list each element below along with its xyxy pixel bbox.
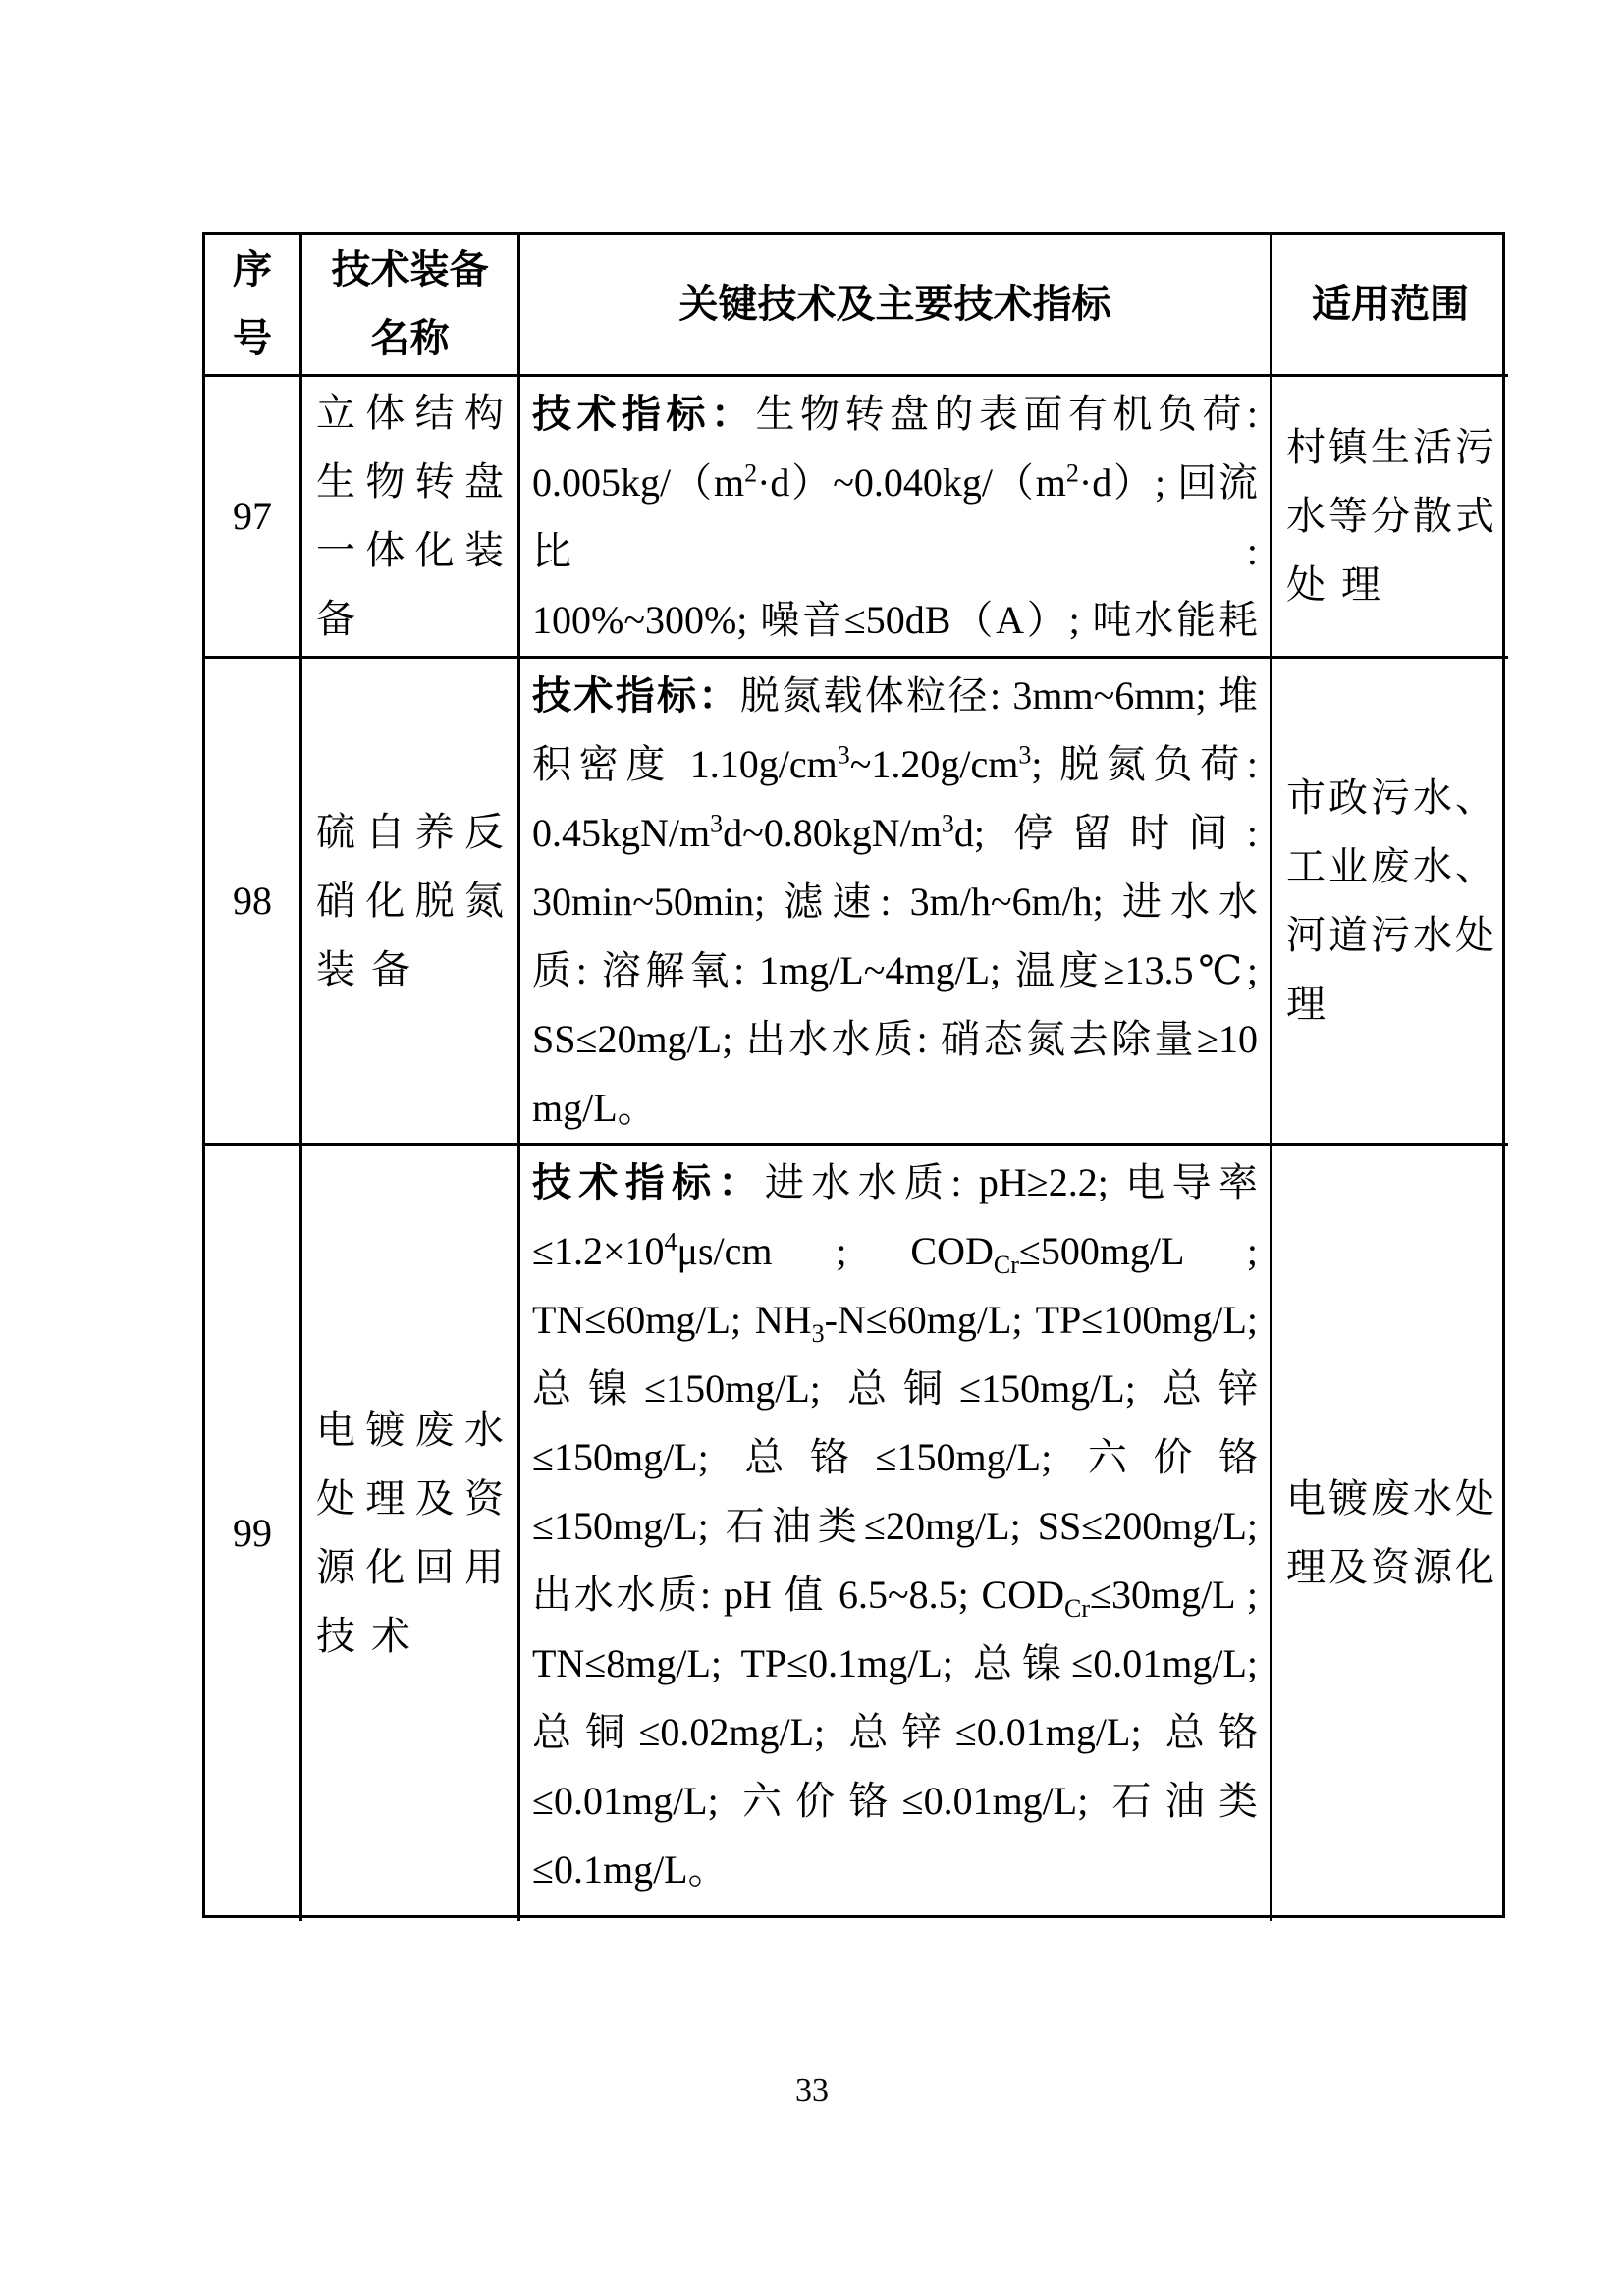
serial-number: 98 bbox=[205, 867, 299, 935]
equipment-name-line: 源化回用 bbox=[316, 1533, 504, 1602]
tech-spec-line: TN≤60mg/L; NH3-N≤60mg/L; TP≤100mg/L; bbox=[532, 1286, 1258, 1355]
scope-line: 水等分散式 bbox=[1286, 482, 1494, 551]
scope-line: 处理 bbox=[1286, 551, 1494, 619]
scope-line: 村镇生活污 bbox=[1286, 413, 1494, 482]
tech-spec-line: ≤0.1mg/L。 bbox=[532, 1836, 1258, 1904]
header-line: 序 bbox=[205, 236, 299, 304]
tech-spec-line: 出水水质: pH 值 6.5~8.5; CODCr≤30mg/L ; bbox=[532, 1561, 1258, 1629]
scope-line: 理 bbox=[1286, 970, 1494, 1039]
equipment-name-cell: 电镀废水处理及资源化回用技术 bbox=[302, 1146, 520, 1921]
tech-spec-line: 0.005kg/（m2·d）~0.040kg/（m2·d）; 回流比: bbox=[532, 449, 1258, 586]
equipment-name-line: 一体化装 bbox=[316, 516, 504, 585]
tech-spec-line: 100%~300%; 噪音≤50dB（A）; 吨水能耗 bbox=[532, 586, 1258, 655]
serial-number: 99 bbox=[205, 1499, 299, 1568]
header-col-equipment-name: 技术装备 名称 bbox=[302, 235, 520, 377]
tech-spec-cell: 技术指标：生物转盘的表面有机负荷:0.005kg/（m2·d）~0.040kg/… bbox=[520, 377, 1272, 659]
scope-cell: 村镇生活污水等分散式处理 bbox=[1272, 377, 1508, 659]
tech-spec-line: ≤0.01mg/L; 六价铬≤0.01mg/L; 石油类 bbox=[532, 1767, 1258, 1836]
tech-spec-line: 30min~50min; 滤速: 3m/h~6m/h; 进水水 bbox=[532, 868, 1258, 936]
tech-spec-line: 总镍≤150mg/L; 总铜≤150mg/L; 总锌 bbox=[532, 1355, 1258, 1423]
document-page: 序 号 技术装备 名称 关键技术及主要技术指标 适用范围 97立体结构生物转盘一… bbox=[0, 0, 1624, 2296]
tech-spec-line: 技术指标：进水水质: pH≥2.2; 电导率 bbox=[532, 1148, 1258, 1217]
header-line: 技术装备 bbox=[302, 236, 517, 304]
scope-line: 市政污水、 bbox=[1286, 764, 1494, 832]
equipment-name-cell: 立体结构生物转盘一体化装备 bbox=[302, 377, 520, 659]
tech-spec-line: 技术指标：脱氮载体粒径: 3mm~6mm; 堆 bbox=[532, 662, 1258, 730]
tech-spec-line: 技术指标：生物转盘的表面有机负荷: bbox=[532, 380, 1258, 449]
tech-spec-line: SS≤20mg/L; 出水水质: 硝态氮去除量≥10 bbox=[532, 1005, 1258, 1074]
page-number: 33 bbox=[0, 2069, 1624, 2112]
equipment-name-line: 处理及资 bbox=[316, 1465, 504, 1533]
tech-spec-line: ≤150mg/L; 总铬≤150mg/L; 六价铬 bbox=[532, 1423, 1258, 1492]
tech-spec-line: ≤150mg/L; 石油类≤20mg/L; SS≤200mg/L; bbox=[532, 1492, 1258, 1561]
serial-number-cell: 98 bbox=[205, 659, 302, 1146]
header-line: 号 bbox=[205, 304, 299, 373]
serial-number-cell: 97 bbox=[205, 377, 302, 659]
tech-spec-line: mg/L。 bbox=[532, 1074, 1258, 1143]
tech-spec-cell: 技术指标：脱氮载体粒径: 3mm~6mm; 堆积密度 1.10g/cm3~1.2… bbox=[520, 659, 1272, 1146]
equipment-name-line: 备 bbox=[316, 585, 504, 654]
header-col-scope: 适用范围 bbox=[1272, 235, 1508, 377]
equipment-name-line: 硝化脱氮 bbox=[316, 867, 504, 935]
equipment-name-line: 技术 bbox=[316, 1602, 504, 1671]
tech-spec-line: 积密度 1.10g/cm3~1.20g/cm3; 脱氮负荷: bbox=[532, 730, 1258, 799]
header-line: 适用范围 bbox=[1272, 270, 1508, 339]
equipment-spec-table: 序 号 技术装备 名称 关键技术及主要技术指标 适用范围 97立体结构生物转盘一… bbox=[202, 232, 1505, 1918]
tech-spec-line: 0.45kgN/m3d~0.80kgN/m3d; 停留时间: bbox=[532, 799, 1258, 868]
header-col-serial: 序 号 bbox=[205, 235, 302, 377]
serial-number-cell: 99 bbox=[205, 1146, 302, 1921]
equipment-name-line: 电镀废水 bbox=[316, 1396, 504, 1465]
tech-spec-line: ≤1.2×104μs/cm ; CODCr≤500mg/L ; bbox=[532, 1217, 1258, 1286]
header-col-key-tech-indicators: 关键技术及主要技术指标 bbox=[520, 235, 1272, 377]
scope-line: 河道污水处 bbox=[1286, 901, 1494, 970]
equipment-name-line: 生物转盘 bbox=[316, 448, 504, 516]
scope-line: 电镀废水处 bbox=[1286, 1465, 1494, 1533]
equipment-name-cell: 硫自养反硝化脱氮装备 bbox=[302, 659, 520, 1146]
tech-spec-line: 总铜≤0.02mg/L; 总锌≤0.01mg/L; 总铬 bbox=[532, 1698, 1258, 1767]
equipment-name-line: 硫自养反 bbox=[316, 798, 504, 867]
header-line: 关键技术及主要技术指标 bbox=[520, 270, 1270, 339]
tech-spec-line: 质: 溶解氧: 1mg/L~4mg/L; 温度≥13.5℃; bbox=[532, 936, 1258, 1005]
serial-number: 97 bbox=[205, 482, 299, 551]
tech-spec-line: TN≤8mg/L; TP≤0.1mg/L; 总镍≤0.01mg/L; bbox=[532, 1629, 1258, 1698]
equipment-name-line: 立体结构 bbox=[316, 379, 504, 448]
scope-line: 理及资源化 bbox=[1286, 1533, 1494, 1602]
scope-line: 工业废水、 bbox=[1286, 832, 1494, 901]
scope-cell: 市政污水、工业废水、河道污水处理 bbox=[1272, 659, 1508, 1146]
tech-spec-cell: 技术指标：进水水质: pH≥2.2; 电导率≤1.2×104μs/cm ; CO… bbox=[520, 1146, 1272, 1921]
equipment-name-line: 装备 bbox=[316, 935, 504, 1004]
scope-cell: 电镀废水处理及资源化 bbox=[1272, 1146, 1508, 1921]
header-line: 名称 bbox=[302, 304, 517, 373]
